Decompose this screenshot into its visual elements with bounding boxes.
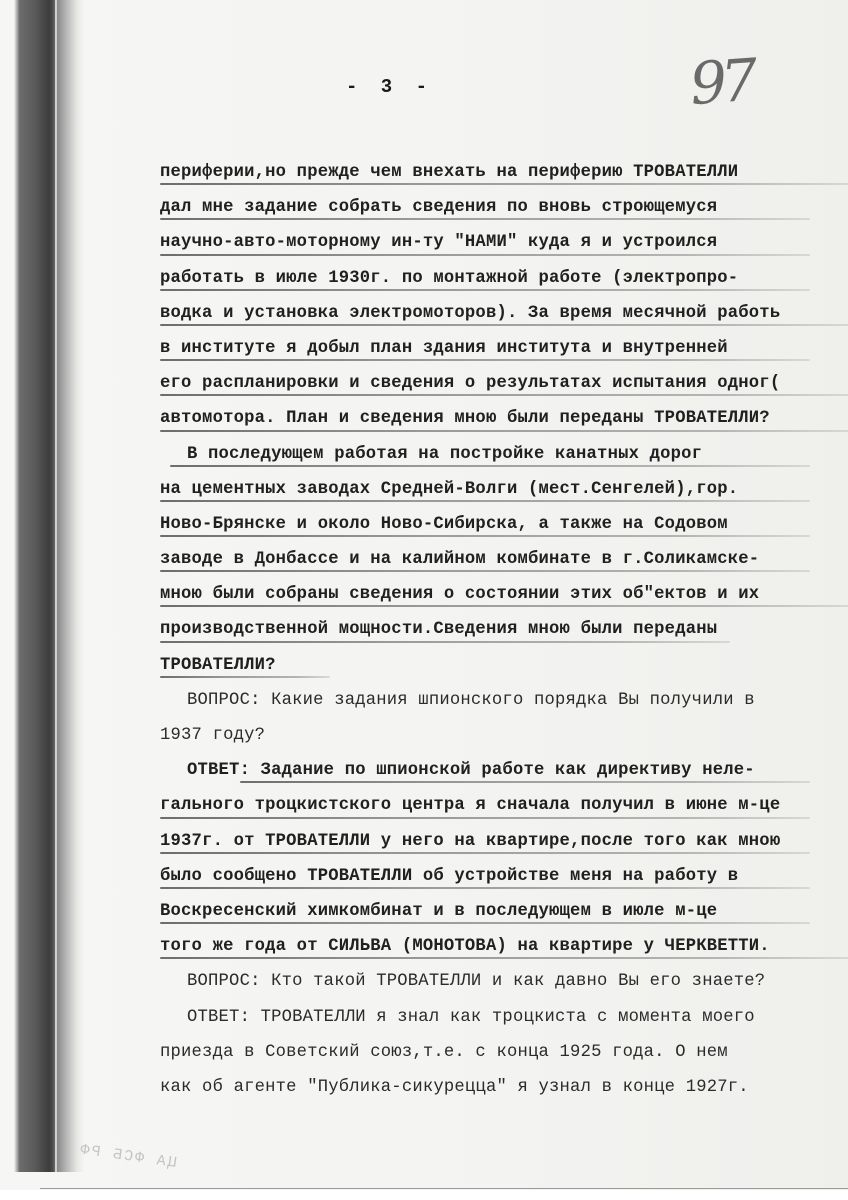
answer-line: приезда в Советский союз,т.е. с конца 19…	[160, 1035, 848, 1070]
text-line: работать в июле 1930г. по монтажной рабо…	[160, 261, 848, 296]
answer-line: ОТВЕТ: ТРОВАТЕЛЛИ я знал как троцкиста с…	[160, 1000, 848, 1035]
text-line: автомотора. План и сведения мною были пе…	[160, 401, 848, 436]
scan-margin	[0, 1190, 848, 1200]
text-line: научно-авто-моторному ин-ту "НАМИ" куда …	[160, 225, 848, 260]
answer-line: Воскресенский химкомбинат и в последующе…	[160, 894, 848, 929]
text-line: мною были собраны сведения о состоянии э…	[160, 577, 848, 612]
handwritten-folio-number: 97	[688, 46, 754, 118]
page-number: - 3 -	[346, 76, 433, 98]
question-line: ВОПРОС: Какие задания шпионского порядка…	[160, 683, 848, 718]
text-line: Ново-Брянске и около Ново-Сибирска, а та…	[160, 507, 848, 542]
binding-edge	[14, 0, 84, 1172]
text-line: производственной мощности.Сведения мною …	[160, 612, 848, 647]
text-line: в институте я добыл план здания институт…	[160, 331, 848, 366]
text-line: дал мне задание собрать сведения по внов…	[160, 190, 848, 225]
binding-crease	[55, 0, 57, 1172]
page-bottom-edge	[40, 1188, 848, 1189]
text-line: его распланировки и сведения о результат…	[160, 366, 848, 401]
answer-line: того же года от СИЛЬВА (МОНОТОВА) на ква…	[160, 929, 848, 964]
answer-line: гального троцкистского центра я сначала …	[160, 788, 848, 823]
document-page: - 3 - 97 периферии,но прежде чем внехать…	[0, 0, 848, 1200]
faint-archive-stamp: ЦА ФСБ РФ	[77, 1141, 177, 1172]
answer-line: было сообщено ТРОВАТЕЛЛИ об устройстве м…	[160, 859, 848, 894]
text-line: на цементных заводах Средней-Волги (мест…	[160, 472, 848, 507]
text-line: В последующем работая на постройке канат…	[160, 437, 848, 472]
text-line: периферии,но прежде чем внехать на периф…	[160, 155, 848, 190]
text-line: ТРОВАТЕЛЛИ?	[160, 648, 848, 683]
text-line: водка и установка электромоторов). За вр…	[160, 296, 848, 331]
typewritten-body: периферии,но прежде чем внехать на периф…	[160, 155, 848, 1105]
answer-line: 1937г. от ТРОВАТЕЛЛИ у него на квартире,…	[160, 824, 848, 859]
question-line: 1937 году?	[160, 718, 848, 753]
text-line: заводе в Донбассе и на калийном комбинат…	[160, 542, 848, 577]
answer-line: ОТВЕТ: Задание по шпионской работе как д…	[160, 753, 848, 788]
question-line: ВОПРОС: Кто такой ТРОВАТЕЛЛИ и как давно…	[160, 964, 848, 999]
answer-line: как об агенте "Публика-сикурецца" я узна…	[160, 1070, 848, 1105]
